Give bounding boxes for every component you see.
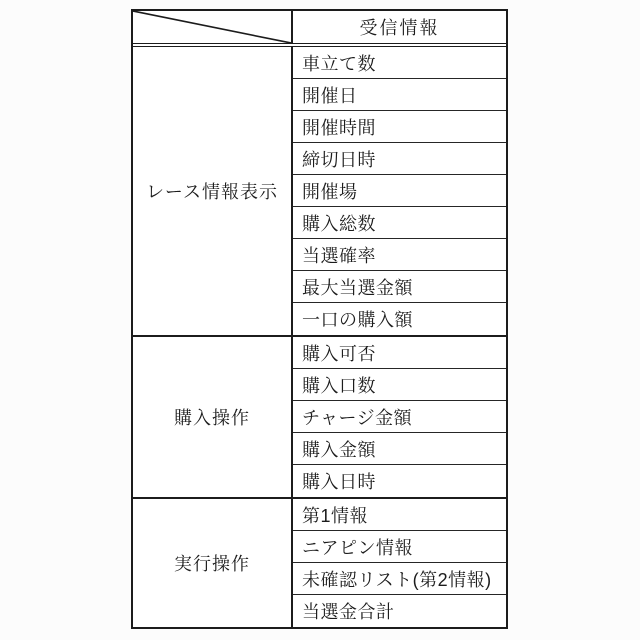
section-items: 車立て数開催日開催時間締切日時開催場購入総数当選確率最大当選金額一口の購入額 bbox=[293, 47, 506, 335]
group-label-cell: 購入操作 bbox=[133, 337, 293, 497]
section-items: 購入可否購入口数チャージ金額購入金額購入日時 bbox=[293, 337, 506, 497]
item-cell: 車立て数 bbox=[293, 47, 506, 79]
item-cell: ニアピン情報 bbox=[293, 531, 506, 563]
item-cell: 一口の購入額 bbox=[293, 303, 506, 335]
received-info-table: 受信情報 レース情報表示車立て数開催日開催時間締切日時開催場購入総数当選確率最大… bbox=[131, 9, 508, 629]
item-cell: 購入総数 bbox=[293, 207, 506, 239]
item-cell: 開催場 bbox=[293, 175, 506, 207]
item-cell: 当選確率 bbox=[293, 239, 506, 271]
table-header-row: 受信情報 bbox=[133, 11, 506, 47]
table-section: 実行操作第1情報ニアピン情報未確認リスト(第2情報)当選金合計 bbox=[133, 499, 506, 627]
header-column-label: 受信情報 bbox=[293, 11, 506, 43]
table-section: レース情報表示車立て数開催日開催時間締切日時開催場購入総数当選確率最大当選金額一… bbox=[133, 47, 506, 337]
document-page: 受信情報 レース情報表示車立て数開催日開催時間締切日時開催場購入総数当選確率最大… bbox=[0, 0, 640, 640]
section-items: 第1情報ニアピン情報未確認リスト(第2情報)当選金合計 bbox=[293, 499, 506, 627]
item-cell: 最大当選金額 bbox=[293, 271, 506, 303]
item-cell: 開催日 bbox=[293, 79, 506, 111]
group-label-cell: 実行操作 bbox=[133, 499, 293, 627]
item-cell: 購入金額 bbox=[293, 433, 506, 465]
table-section: 購入操作購入可否購入口数チャージ金額購入金額購入日時 bbox=[133, 337, 506, 499]
item-cell: 購入日時 bbox=[293, 465, 506, 497]
item-cell: 開催時間 bbox=[293, 111, 506, 143]
item-cell: チャージ金額 bbox=[293, 401, 506, 433]
table-body: レース情報表示車立て数開催日開催時間締切日時開催場購入総数当選確率最大当選金額一… bbox=[133, 47, 506, 627]
item-cell: 当選金合計 bbox=[293, 595, 506, 627]
diagonal-line-icon bbox=[133, 11, 291, 43]
item-cell: 購入可否 bbox=[293, 337, 506, 369]
group-label-cell: レース情報表示 bbox=[133, 47, 293, 335]
item-cell: 未確認リスト(第2情報) bbox=[293, 563, 506, 595]
item-cell: 締切日時 bbox=[293, 143, 506, 175]
item-cell: 購入口数 bbox=[293, 369, 506, 401]
item-cell: 第1情報 bbox=[293, 499, 506, 531]
header-corner-cell bbox=[133, 11, 293, 43]
